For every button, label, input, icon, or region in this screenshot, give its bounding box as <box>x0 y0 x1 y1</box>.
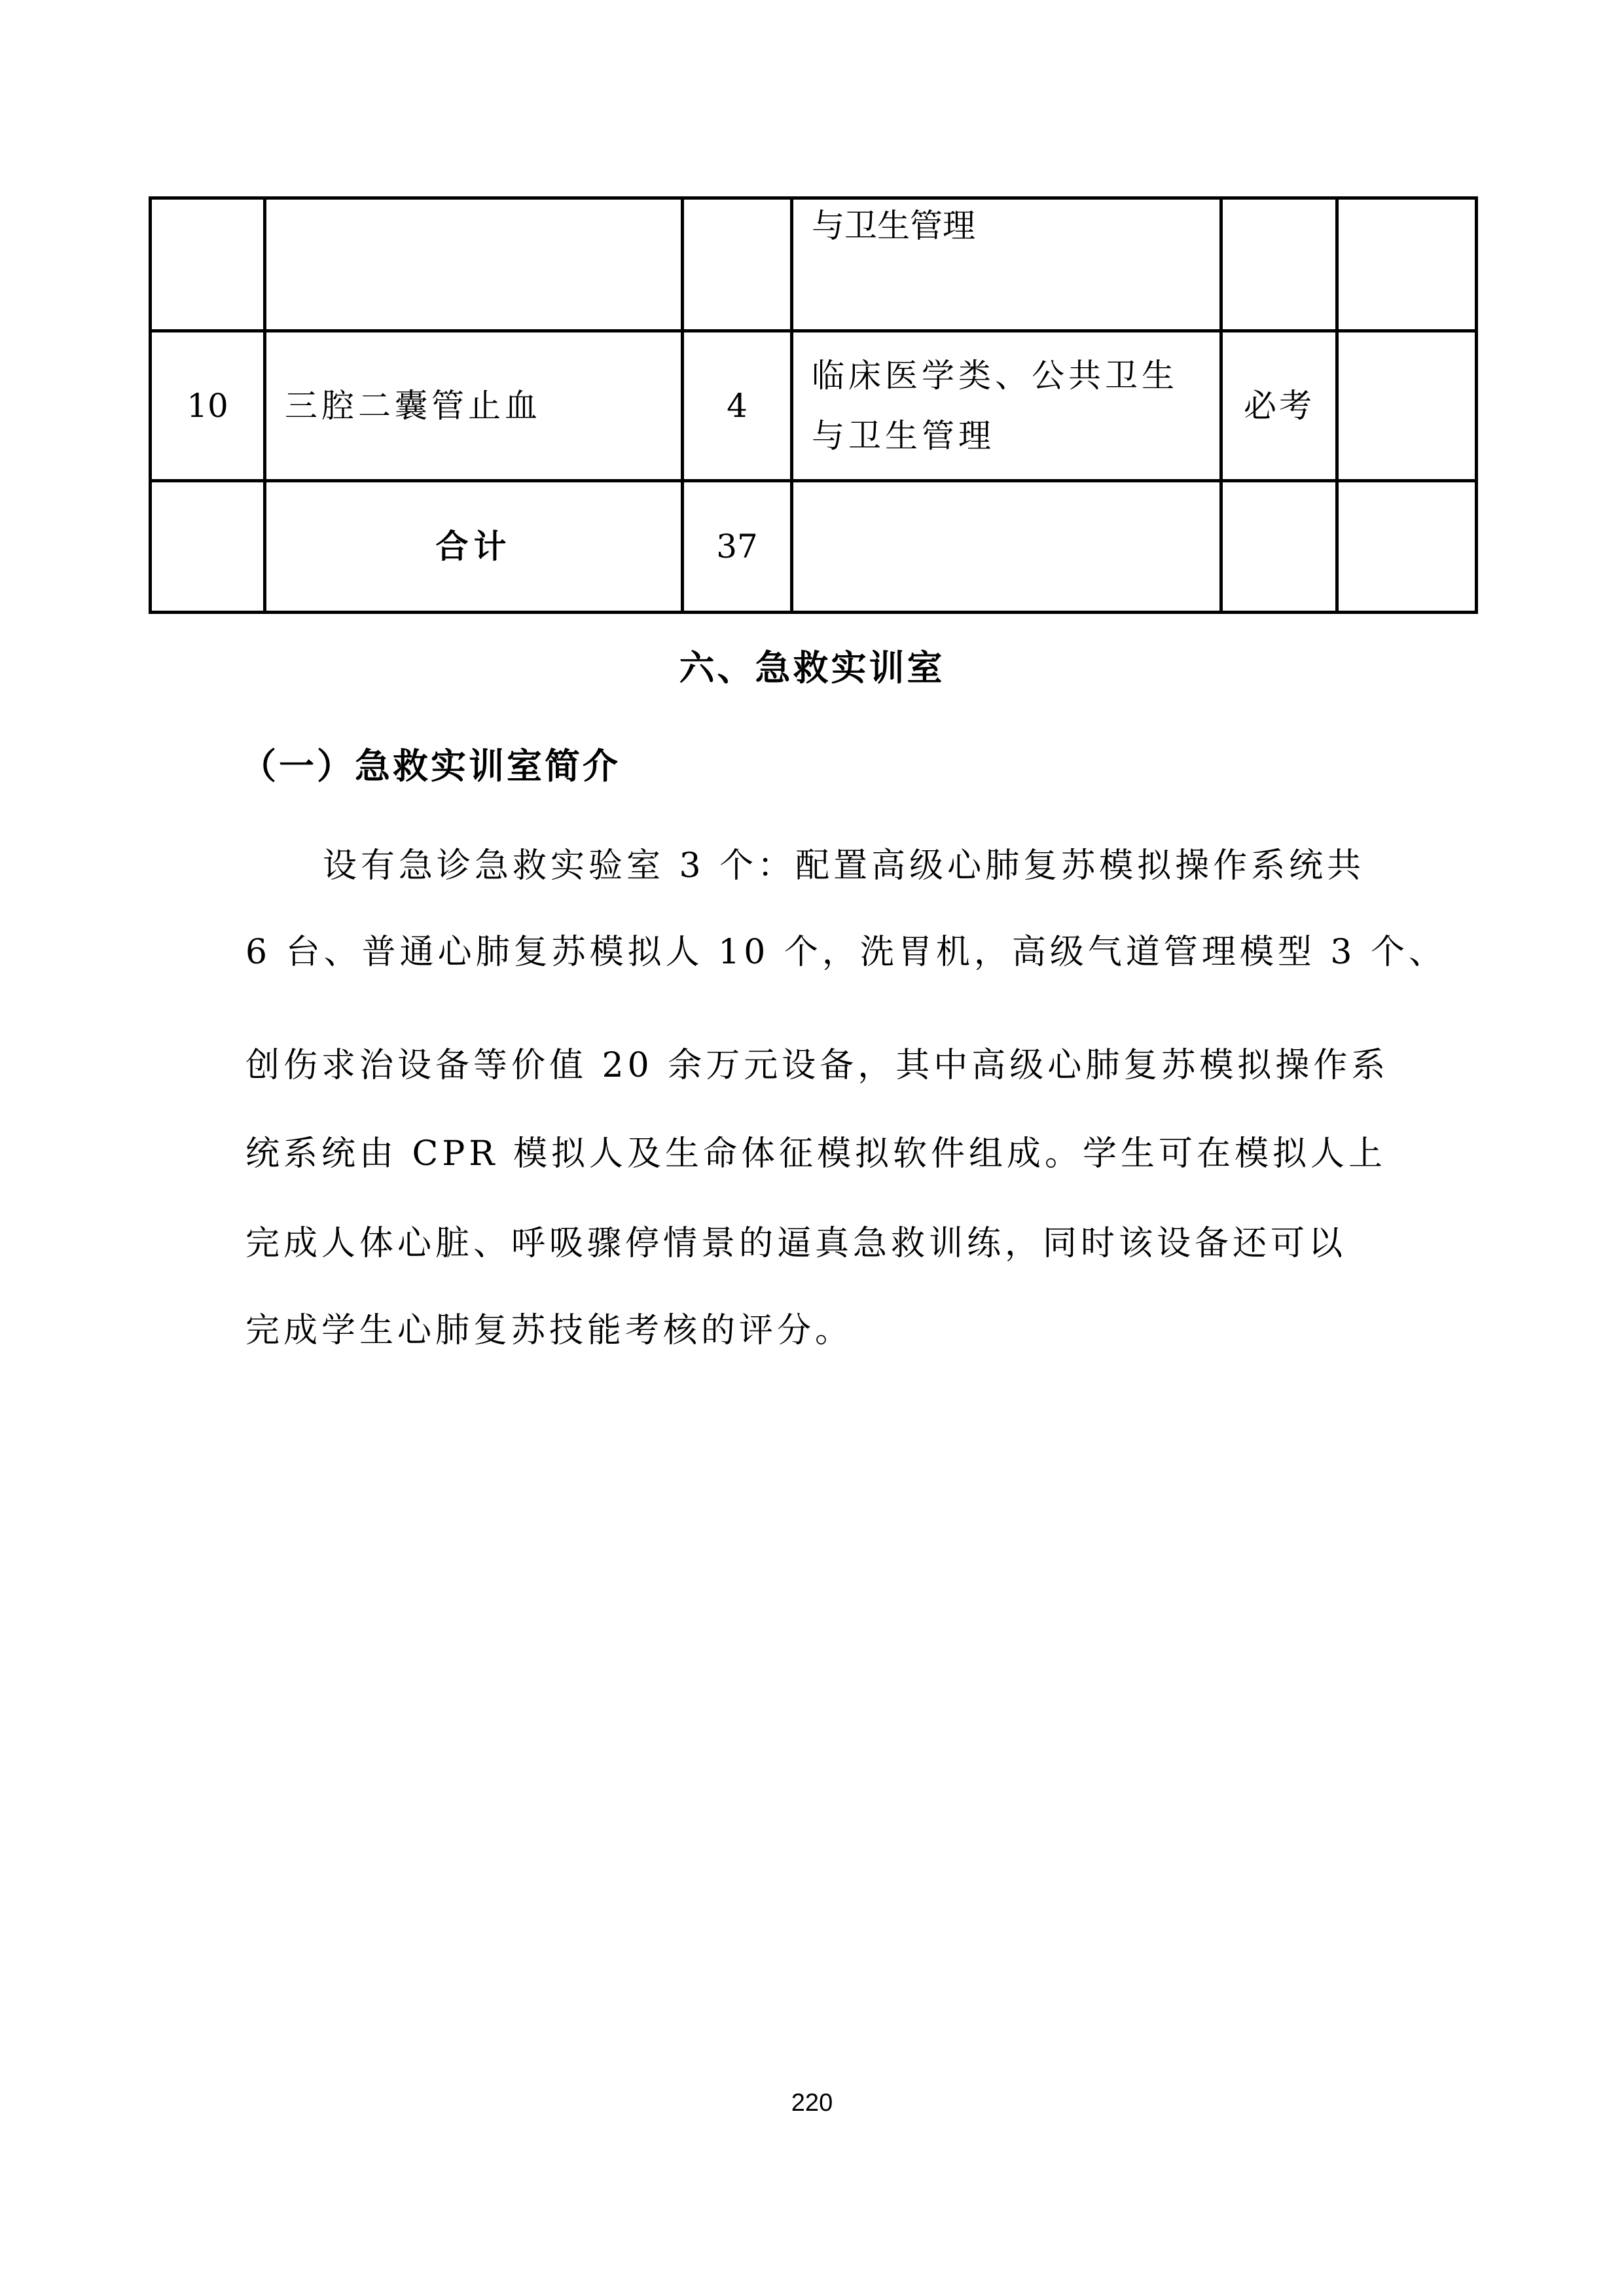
paragraph-line: 设有急诊急救实验室 3 个：配置高级心肺复苏模拟操作系统共 <box>323 838 1365 887</box>
document-page: 与卫生管理 10 三腔二囊管止血 4 临床医学类、公共卫生 与卫生管理 必考 合… <box>0 0 1624 2296</box>
page-number: 220 <box>0 2089 1624 2117</box>
cell-note <box>1337 481 1477 613</box>
cell-note <box>1337 198 1477 331</box>
cell-note <box>1337 331 1477 481</box>
cell-total-label: 合计 <box>265 481 683 613</box>
table-row-total: 合计 37 <box>151 481 1477 613</box>
cell-type: 必考 <box>1221 331 1337 481</box>
cell-item: 三腔二囊管止血 <box>265 331 683 481</box>
paragraph-line: 完成学生心肺复苏技能考核的评分。 <box>245 1302 853 1352</box>
paragraph-line: 统系统由 CPR 模拟人及生命体征模拟软件组成。学生可在模拟人上 <box>245 1126 1386 1175</box>
cell-hours: 4 <box>683 331 792 481</box>
table-row: 10 三腔二囊管止血 4 临床医学类、公共卫生 与卫生管理 必考 <box>151 331 1477 481</box>
subsection-title: （一）急救实训室简介 <box>241 738 621 789</box>
cell-no <box>151 481 265 613</box>
cell-no: 10 <box>151 331 265 481</box>
cell-total-hours: 37 <box>683 481 792 613</box>
cell-item <box>265 198 683 331</box>
cell-type <box>1221 481 1337 613</box>
cell-hours <box>683 198 792 331</box>
paragraph-line: 完成人体心脏、呼吸骤停情景的逼真急救训练，同时该设备还可以 <box>245 1215 1346 1265</box>
majors-line: 与卫生管理 <box>812 206 1219 245</box>
majors-line: 临床医学类、公共卫生 <box>812 359 1219 392</box>
cell-type <box>1221 198 1337 331</box>
paragraph-line: 创伤求治设备等价值 20 余万元设备，其中高级心肺复苏模拟操作系 <box>245 1037 1389 1086</box>
cell-no <box>151 198 265 331</box>
section-title: 六、急救实训室 <box>0 640 1624 691</box>
table-row: 与卫生管理 <box>151 198 1477 331</box>
majors-line: 与卫生管理 <box>812 420 1219 452</box>
cell-majors: 与卫生管理 <box>792 198 1221 331</box>
exam-items-table: 与卫生管理 10 三腔二囊管止血 4 临床医学类、公共卫生 与卫生管理 必考 合… <box>149 196 1478 614</box>
paragraph-line: 6 台、普通心肺复苏模拟人 10 个，洗胃机，高级气道管理模型 3 个、 <box>245 924 1447 973</box>
cell-majors <box>792 481 1221 613</box>
cell-majors: 临床医学类、公共卫生 与卫生管理 <box>792 331 1221 481</box>
